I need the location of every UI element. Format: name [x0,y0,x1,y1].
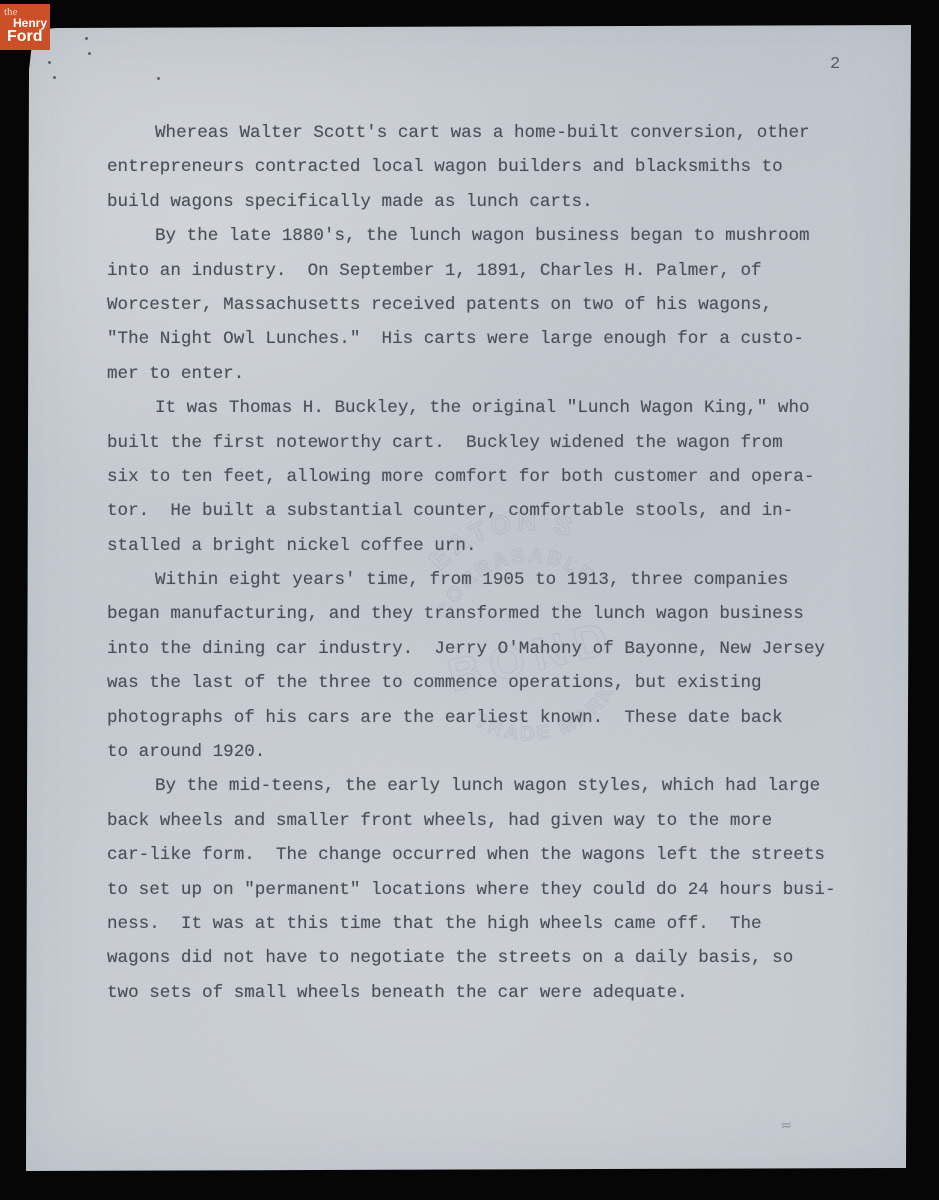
text-line: began manufacturing, and they transforme… [107,597,877,631]
pencil-mark: ≈ [779,1115,794,1135]
text-line: Within eight years' time, from 1905 to 1… [107,563,877,597]
text-line: Whereas Walter Scott's cart was a home-b… [107,116,877,150]
dust-speck [157,77,160,80]
text-body: Whereas Walter Scott's cart was a home-b… [107,116,877,1010]
text-line: to set up on "permanent" locations where… [107,873,877,907]
text-line: tor. He built a substantial counter, com… [107,494,877,528]
text-line: stalled a bright nickel coffee urn. [107,529,877,563]
text-line: car-like form. The change occurred when … [107,838,877,872]
text-line: "The Night Owl Lunches." His carts were … [107,322,877,356]
text-line: two sets of small wheels beneath the car… [107,976,877,1010]
text-line: build wagons specifically made as lunch … [107,185,877,219]
scan-background: EATON'S CORRASABLE BOND TRADE MARK the H… [0,0,939,1200]
text-line: By the late 1880's, the lunch wagon busi… [107,219,877,253]
text-line: to around 1920. [107,735,877,769]
text-line: built the first noteworthy cart. Buckley… [107,426,877,460]
text-line: was the last of the three to commence op… [107,666,877,700]
text-line: back wheels and smaller front wheels, ha… [107,804,877,838]
dust-speck [53,76,56,79]
dust-speck [88,52,91,55]
dust-speck [48,61,51,64]
henry-ford-logo: the Henry Ford [0,4,50,50]
text-line: ness. It was at this time that the high … [107,907,877,941]
text-line: Worcester, Massachusetts received patent… [107,288,877,322]
dust-speck [85,37,88,40]
text-line: It was Thomas H. Buckley, the original "… [107,391,877,425]
text-line: By the mid-teens, the early lunch wagon … [107,769,877,803]
text-line: mer to enter. [107,357,877,391]
text-line: entrepreneurs contracted local wagon bui… [107,150,877,184]
text-line: into the dining car industry. Jerry O'Ma… [107,632,877,666]
page-number: 2 [830,55,840,74]
text-line: six to ten feet, allowing more comfort f… [107,460,877,494]
text-line: wagons did not have to negotiate the str… [107,941,877,975]
logo-word-ford: Ford [7,28,43,46]
text-line: into an industry. On September 1, 1891, … [107,254,877,288]
text-line: photographs of his cars are the earliest… [107,701,877,735]
